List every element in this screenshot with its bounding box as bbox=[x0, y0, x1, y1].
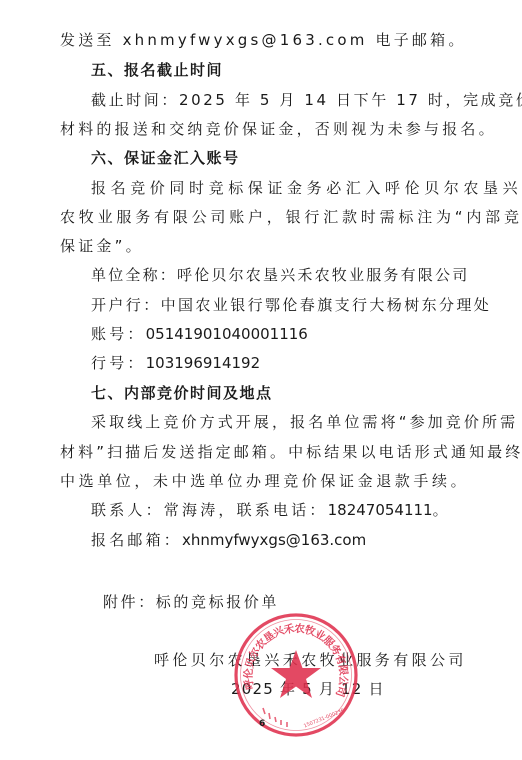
paragraph-line: 材料”扫描后发送指定邮箱。中标结果以电话形式通知最终 bbox=[60, 442, 466, 462]
paragraph-line: 农牧业服务有限公司账户，银行汇款时需标注为“内部竞价 bbox=[60, 207, 466, 227]
paragraph-line: 材料的报送和交纳竞价保证金，否则视为未参与报名。 bbox=[60, 119, 466, 139]
bank-code-label: 行号： bbox=[91, 354, 146, 372]
bank-code-value: 103196914192 bbox=[146, 354, 261, 372]
contact-label: 联系人：常海涛，联系电话： bbox=[91, 501, 328, 519]
section-heading-deadline: 五、报名截止时间 bbox=[91, 60, 466, 80]
paragraph-line: 采取线上竞价方式开展，报名单位需将“参加竞价所需 bbox=[91, 412, 466, 432]
company-seal-icon: 呼伦贝尔农垦兴禾农牧业服务有限公司 1507231-000236 bbox=[233, 612, 359, 738]
section-heading-bidding-time: 七、内部竞价时间及地点 bbox=[91, 383, 466, 403]
paragraph-line: 报名竞价同时竞标保证金务必汇入呼伦贝尔农垦兴禾 bbox=[91, 178, 466, 198]
email-label: 报名邮箱： bbox=[91, 531, 182, 549]
paragraph-line: 截止时间：2025 年 5 月 14 日下午 17 时，完成竞价所需 bbox=[91, 90, 466, 110]
account-name-line: 单位全称：呼伦贝尔农垦兴禾农牧业服务有限公司 bbox=[91, 265, 466, 285]
contact-phone: 18247054111。 bbox=[328, 501, 448, 519]
bank-code-line: 行号：103196914192 bbox=[91, 353, 466, 373]
section-heading-deposit-account: 六、保证金汇入账号 bbox=[91, 148, 466, 168]
paragraph-line: 发送至 xhnmyfwyxgs@163.com 电子邮箱。 bbox=[60, 30, 466, 50]
email-value: xhnmyfwyxgs@163.com bbox=[182, 531, 366, 549]
attachment-note: 附件：标的竞标报价单 bbox=[103, 592, 279, 612]
account-number-value: 05141901040001116 bbox=[146, 325, 308, 343]
email-line: 报名邮箱：xhnmyfwyxgs@163.com bbox=[91, 530, 466, 550]
paragraph-line: 中选单位，未中选单位办理竞价保证金退款手续。 bbox=[60, 471, 466, 491]
page-number: 6 bbox=[259, 719, 265, 729]
bank-line: 开户行：中国农业银行鄂伦春旗支行大杨树东分理处 bbox=[91, 295, 466, 315]
contact-line: 联系人：常海涛，联系电话：18247054111。 bbox=[91, 500, 466, 520]
account-number-label: 账号： bbox=[91, 325, 146, 343]
paragraph-line: 保证金”。 bbox=[60, 236, 466, 256]
document-page: 发送至 xhnmyfwyxgs@163.com 电子邮箱。 五、报名截止时间 截… bbox=[0, 0, 522, 760]
account-number-line: 账号：05141901040001116 bbox=[91, 324, 466, 344]
